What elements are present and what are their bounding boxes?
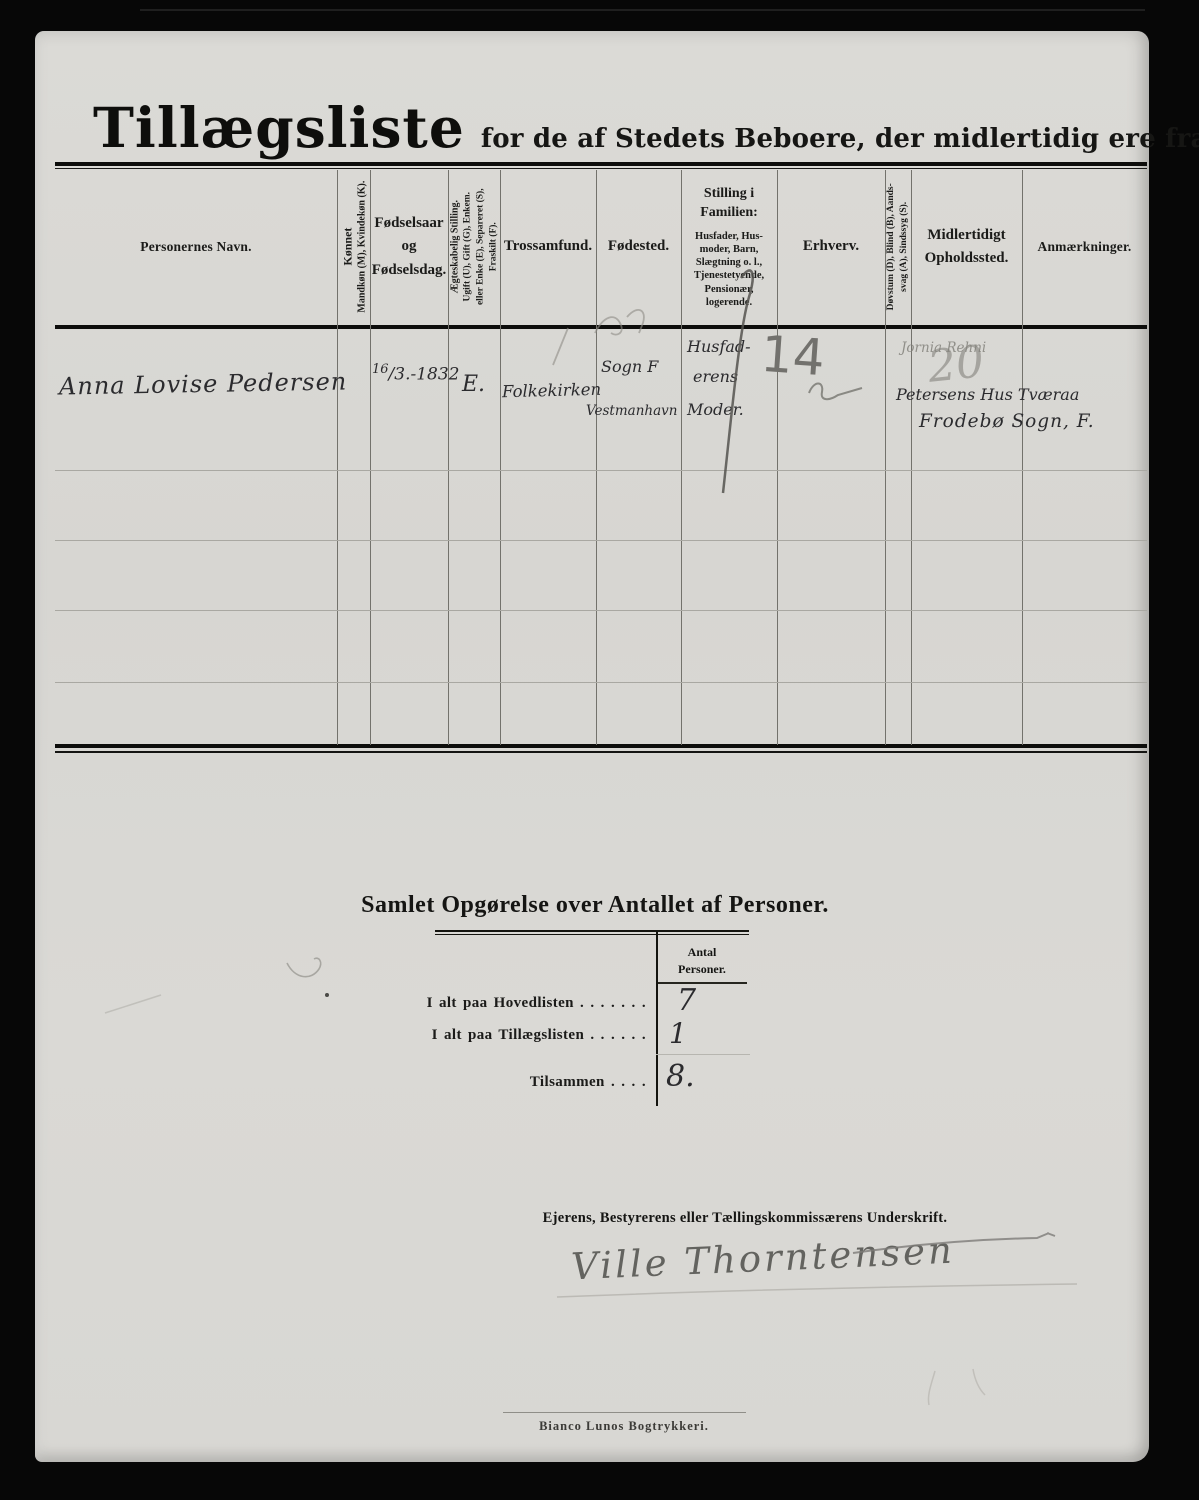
pencil-stroke (973, 1369, 985, 1395)
signature-label: Ejerens, Bestyrerens eller Tællingskommi… (435, 1210, 1055, 1227)
header-anmaerkninger: Anmærkninger. (1022, 171, 1147, 323)
header-name-label: Personernes Navn. (140, 239, 251, 255)
imprint-rule (503, 1412, 746, 1413)
entry-family-position-line2: erens (693, 367, 738, 386)
header-marital-line: Fraskilt (F). (487, 189, 500, 306)
row-line (55, 682, 1147, 683)
header-koennet: Kønnet Mandkøn (M), Kvindekøn (K). (337, 171, 370, 323)
entry-faith: Folkekirken (502, 380, 602, 402)
summary-row-value-hovedlisten: 7 (677, 983, 696, 1018)
header-marital-title: Ægteskabelig Stilling. (448, 189, 461, 306)
header-birthplace-label: Fødested. (608, 235, 669, 258)
summary-count-header-underline (658, 982, 747, 984)
header-trossamfund: Trossamfund. (500, 171, 596, 323)
ink-dot (325, 993, 329, 997)
pencil-stroke (553, 328, 568, 365)
header-birth-line: Fødselsdag. (372, 259, 447, 282)
summary-row-value-tilsammen: 8. (666, 1059, 695, 1094)
header-bottom-rule (55, 325, 1147, 329)
scan-artifact-line (140, 9, 1145, 11)
summary-count-header-line: Antal (658, 944, 746, 961)
row-line (55, 540, 1147, 541)
row-line (55, 470, 1147, 471)
header-erhverv: Erhverv. (777, 171, 885, 323)
summary-row-label-hovedlisten: I alt paa Hovedlisten . . . . . . . (355, 995, 646, 1012)
header-birth-line: og (402, 235, 417, 258)
header-family-sub-line: Pensionær, (694, 283, 764, 296)
form-title-main: Tillægsliste (93, 95, 465, 160)
summary-row-label-tilsammen: Tilsammen . . . . (355, 1074, 646, 1091)
signature-handwriting: Ville Thorntensen (570, 1229, 955, 1289)
entry-stay-line2: Frodebø Sogn, F. (919, 411, 1095, 432)
summary-count-header-line: Personer. (658, 961, 746, 978)
header-doevstum: Døvstum (D), Blind (B), Aands- svag (A),… (885, 171, 911, 323)
form-title: Tillægsliste for de af Stedets Beboere, … (93, 95, 1199, 160)
header-marital-line: Ugift (U), Gift (G), Enkem. (461, 189, 474, 306)
summary-row-label-tillaegslisten: I alt paa Tillægslisten . . . . . . (355, 1027, 646, 1044)
table-bottom-rule (55, 744, 1147, 753)
entry-family-position-line3: Moder. (687, 400, 744, 419)
header-birth-line: Fødselsaar (374, 212, 443, 235)
header-family-title-line: Familien: (700, 204, 758, 223)
header-stay-line: Midlertidigt (927, 224, 1005, 247)
entry-birthplace-line2: Vestmanhavn (586, 403, 677, 419)
header-family-sub-line: logerende. (694, 296, 764, 309)
row-line (55, 610, 1147, 611)
title-divider-rule (55, 162, 1147, 169)
pencil-stroke (928, 1371, 935, 1405)
census-form-page: Tillægsliste for de af Stedets Beboere, … (35, 31, 1149, 1462)
summary-count-header: Antal Personer. (658, 944, 746, 979)
entry-family-position-line1: Husfad- (687, 337, 751, 356)
summary-top-rule (435, 930, 749, 935)
header-personernes-navn: Personernes Navn. (55, 171, 337, 323)
header-disability-line: svag (A), Sindssyg (S). (898, 183, 911, 310)
entry-birthdate-rest: /3.-1832 (389, 365, 460, 385)
signature-underline (557, 1284, 1077, 1297)
header-remarks-label: Anmærkninger. (1038, 239, 1132, 255)
header-family-title-line: Stilling i (704, 185, 754, 204)
header-family-sub-line: Husfader, Hus- (694, 230, 764, 243)
summary-row-value-tillaegslisten: 1 (669, 1017, 687, 1050)
entry-marital-status: E. (462, 372, 485, 397)
header-family-sub-line: Slægtning o. l., (694, 256, 764, 269)
printer-imprint: Bianco Lunos Bogtrykkeri. (443, 1419, 805, 1434)
header-sex-sub: Mandkøn (M), Kvindekøn (K). (355, 181, 368, 313)
entry-birthdate-day: 16 (372, 362, 389, 377)
entry-occupation-pencil-number: 14 (759, 325, 827, 387)
header-aegteskabelig: Ægteskabelig Stilling. Ugift (U), Gift (… (448, 171, 500, 323)
header-foedselsaar: Fødselsaar og Fødselsdag. (370, 171, 448, 323)
entry-name: Anna Lovise Pedersen (59, 367, 348, 400)
entry-stay-line1: Petersens Hus Tværaa (896, 385, 1079, 404)
header-stilling-i-familien: Stilling i Familien: Husfader, Hus- mode… (681, 171, 777, 323)
form-title-subtitle: for de af Stedets Beboere, der midlertid… (481, 124, 1199, 154)
header-foedested: Fødested. (596, 171, 681, 323)
header-family-sub-line: moder, Barn, (694, 243, 764, 256)
header-marital-line: eller Enke (E), Separeret (S), (474, 189, 487, 306)
entry-birthplace-line1: Sogn F (601, 357, 658, 376)
header-sex-title: Kønnet (339, 181, 355, 313)
header-midlertidigt-opholdssted: Midlertidigt Opholdssted. (911, 171, 1022, 323)
scanned-census-page: { "document": { "title": "Tillægsliste",… (0, 0, 1199, 1500)
header-stay-line: Opholdssted. (925, 247, 1009, 270)
entry-birthdate: 16/3.-1832 (372, 362, 460, 385)
header-family-sub-line: Tjenestetyende, (694, 269, 764, 282)
header-occupation-label: Erhverv. (803, 235, 859, 258)
pencil-checkmark (287, 958, 321, 977)
header-disability-line: Døvstum (D), Blind (B), Aands- (885, 183, 898, 310)
summary-sum-line (656, 1054, 750, 1055)
summary-title: Samlet Opgørelse over Antallet af Person… (275, 892, 915, 919)
header-faith-label: Trossamfund. (504, 235, 592, 258)
pencil-stroke (105, 995, 161, 1013)
